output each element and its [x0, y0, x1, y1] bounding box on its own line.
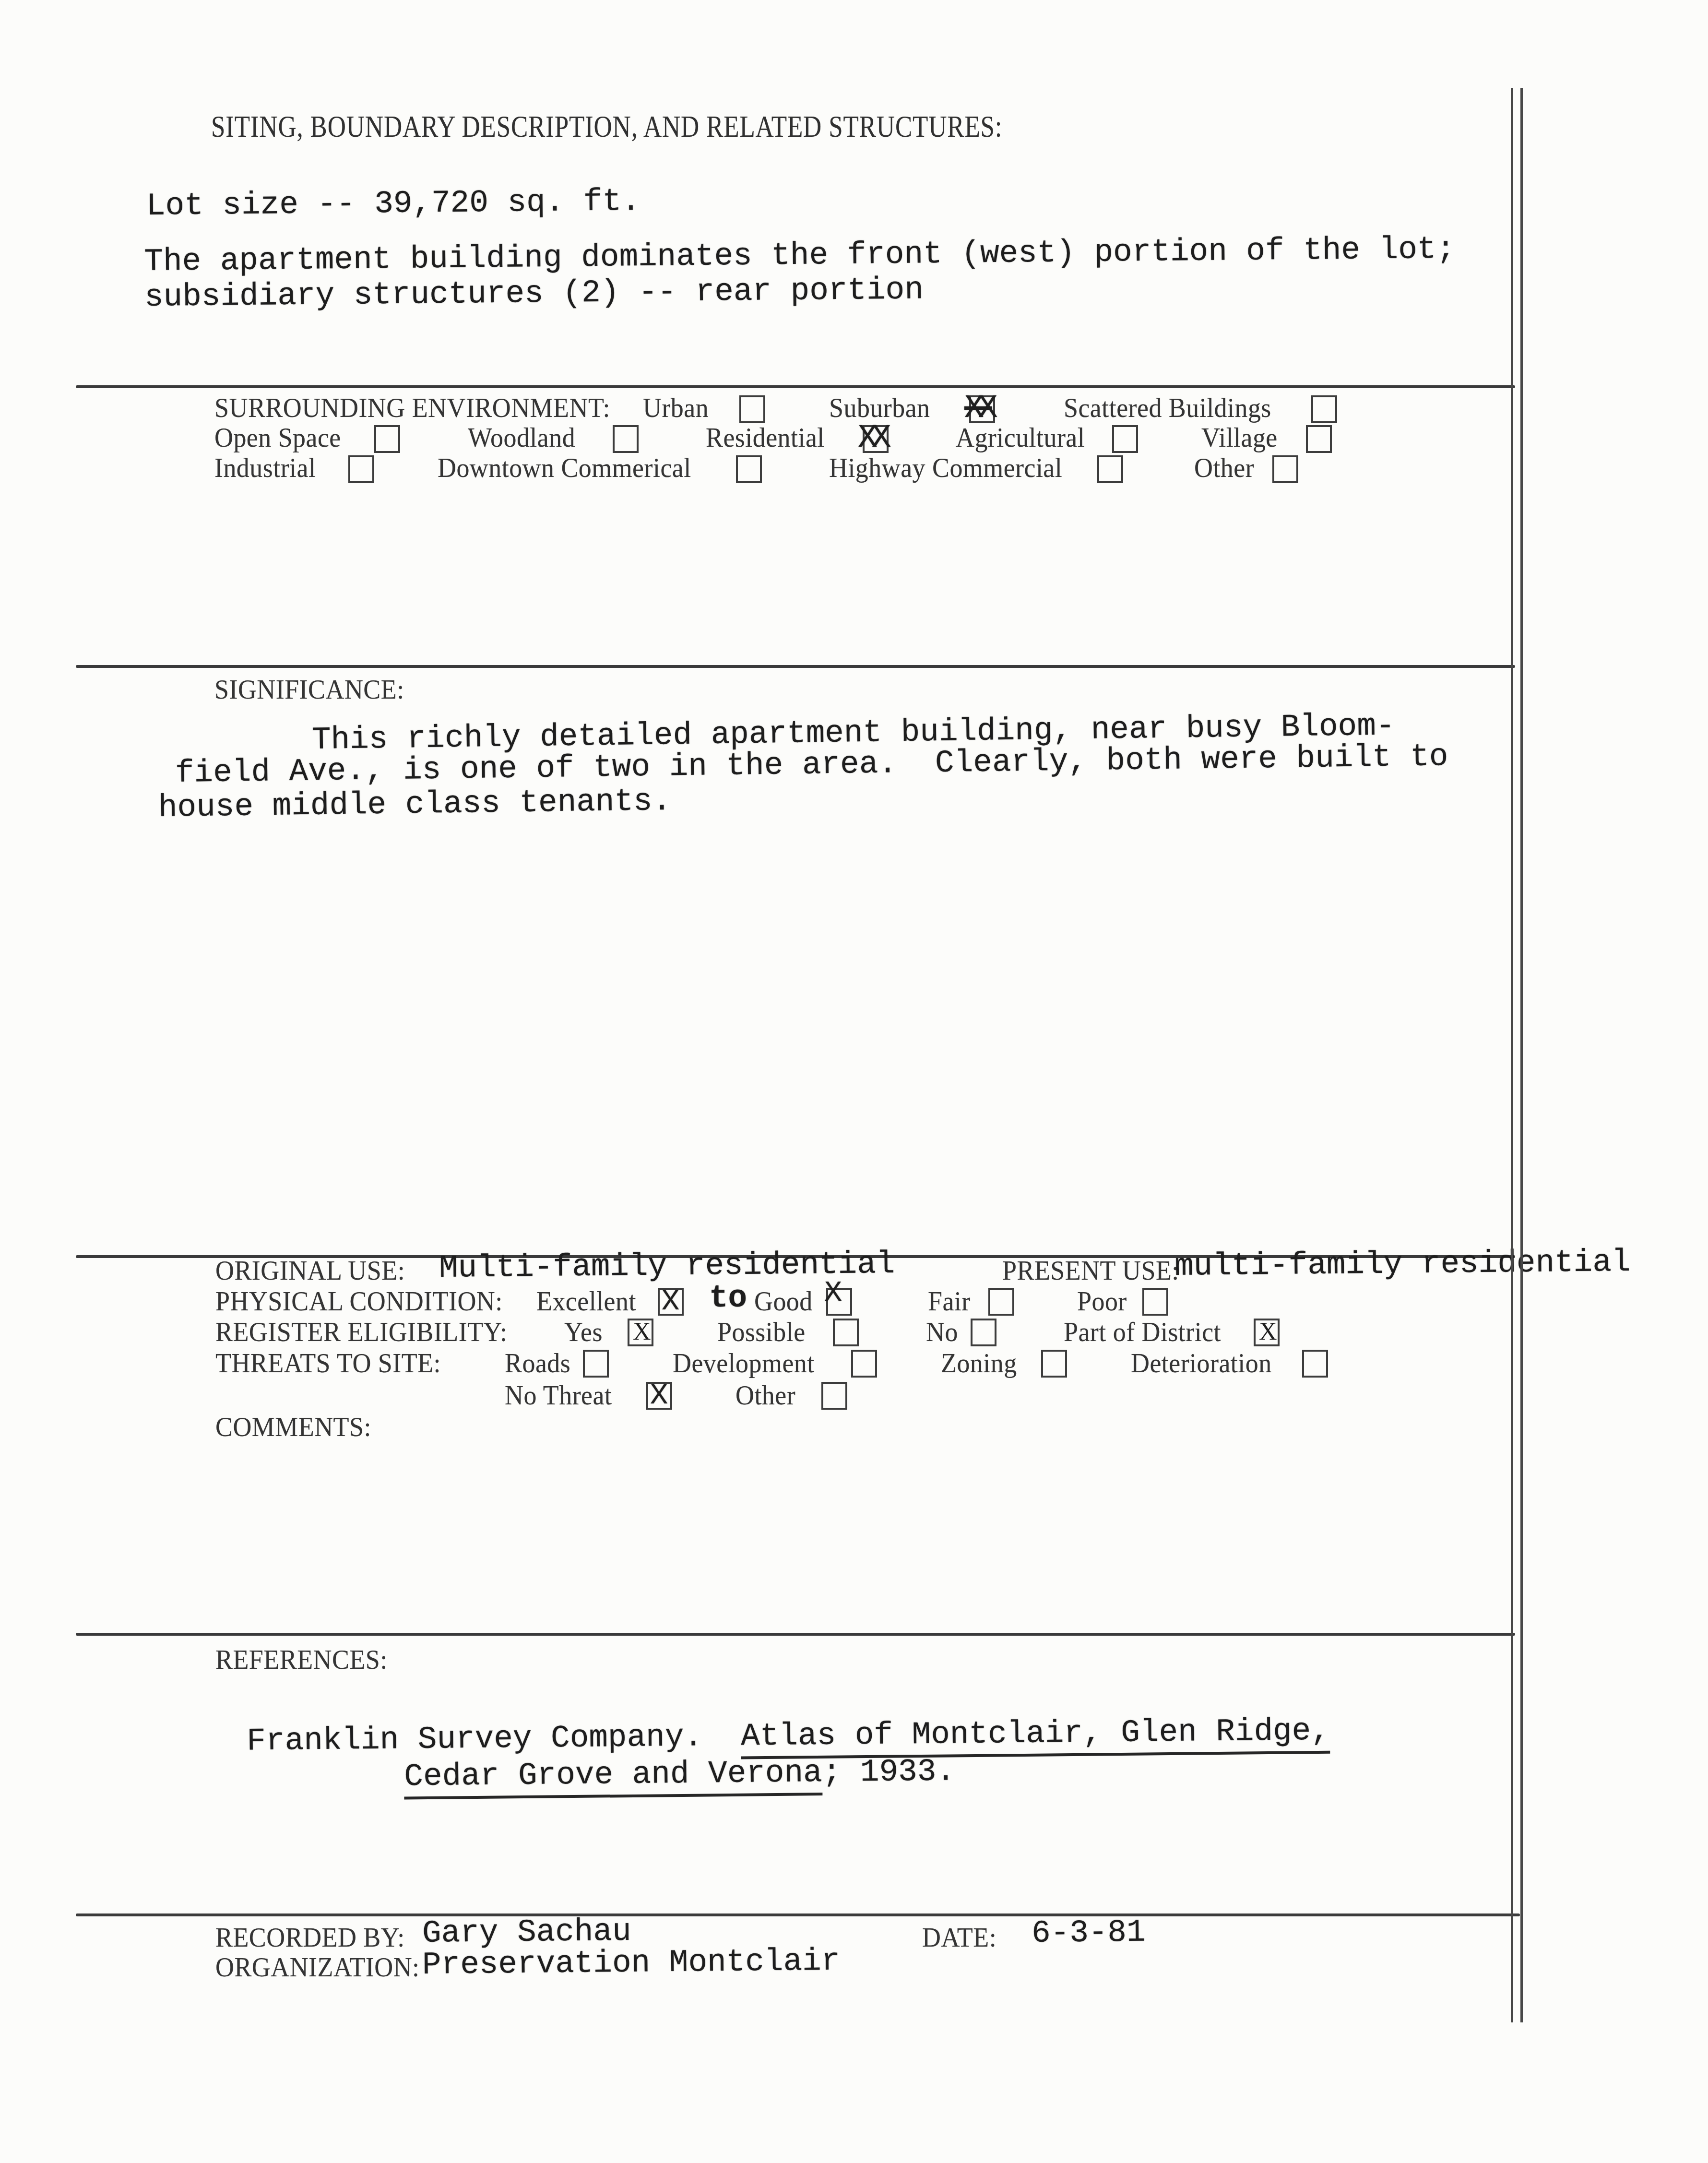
environment-other-label: Other	[1194, 452, 1254, 484]
open-space-checkbox[interactable]	[374, 425, 400, 453]
industrial-checkbox[interactable]	[348, 455, 374, 483]
scanned-survey-form-page: SITING, BOUNDARY DESCRIPTION, AND RELATE…	[0, 0, 1708, 2163]
no-threat-label: No Threat	[505, 1379, 612, 1411]
threat-other-checkbox[interactable]	[821, 1382, 847, 1410]
part-of-district-checkbox[interactable]: X	[1254, 1319, 1280, 1346]
date-label: DATE:	[922, 1921, 996, 1953]
deterioration-label: Deterioration	[1131, 1347, 1272, 1379]
deterioration-checkbox[interactable]	[1302, 1350, 1328, 1378]
reference-year: ; 1933.	[822, 1753, 955, 1791]
threat-other-label: Other	[735, 1379, 795, 1411]
lot-size-text: Lot size -- 39,720 sq. ft.	[146, 183, 640, 224]
check-mark: XX	[858, 422, 886, 455]
fair-checkbox[interactable]	[988, 1288, 1014, 1316]
agricultural-checkbox[interactable]	[1112, 425, 1138, 453]
environment-other-checkbox[interactable]	[1272, 455, 1298, 483]
development-checkbox[interactable]	[851, 1350, 877, 1378]
good-checkbox[interactable]: X	[826, 1288, 852, 1316]
original-use-label: ORIGINAL USE:	[215, 1254, 405, 1286]
scattered-buildings-label: Scattered Buildings	[1064, 392, 1271, 424]
check-mark: X	[1259, 1319, 1277, 1344]
fair-label: Fair	[928, 1285, 971, 1317]
excellent-checkbox[interactable]: X	[658, 1288, 684, 1316]
recorded-by-label: RECORDED BY:	[215, 1921, 405, 1953]
present-use-value: multi-family residential	[1174, 1244, 1631, 1284]
reference-title-part2: Cedar Grove and Verona	[404, 1755, 822, 1799]
section-divider-5	[76, 1913, 1520, 1916]
page-edge-double-rule	[1511, 88, 1523, 2022]
surrounding-environment-row-3: Industrial Downtown Commerical Highway C…	[0, 452, 1708, 496]
no-threat-checkbox[interactable]: X	[646, 1382, 672, 1410]
surrounding-environment-label: SURROUNDING ENVIRONMENT:	[214, 392, 610, 424]
woodland-checkbox[interactable]	[613, 425, 639, 453]
residential-label: Residential	[706, 421, 825, 453]
urban-checkbox[interactable]	[739, 395, 765, 423]
reference-line2: Cedar Grove and Verona; 1933.	[328, 1717, 956, 1831]
no-checkbox[interactable]	[971, 1319, 996, 1346]
possible-label: Possible	[717, 1316, 806, 1348]
development-label: Development	[673, 1347, 815, 1379]
part-of-district-label: Part of District	[1064, 1316, 1221, 1348]
siting-description-line1: The apartment building dominates the fro…	[144, 231, 1455, 280]
significance-line3: house middle class tenants.	[158, 783, 672, 826]
section-divider-1	[76, 385, 1515, 388]
downtown-commercial-label: Downtown Commerical	[438, 452, 691, 484]
organization-label: ORGANIZATION:	[215, 1951, 420, 1983]
good-label: Good	[754, 1285, 813, 1317]
zoning-label: Zoning	[941, 1347, 1017, 1379]
suburban-checkbox[interactable]: XX	[969, 395, 995, 423]
organization-row: ORGANIZATION: Preservation Montclair	[0, 1951, 1708, 1995]
yes-label: Yes	[564, 1316, 603, 1348]
present-use-label: PRESENT USE:	[1002, 1254, 1179, 1286]
check-mark: X	[633, 1319, 651, 1344]
comments-label: COMMENTS:	[215, 1411, 371, 1443]
section-divider-2	[76, 665, 1515, 668]
significance-label: SIGNIFICANCE:	[214, 673, 404, 705]
siting-description-line2: subsidiary structures (2) -- rear portio…	[144, 272, 924, 315]
register-eligibility-label: REGISTER ELIGIBILITY:	[215, 1316, 508, 1348]
physical-condition-label: PHYSICAL CONDITION:	[215, 1285, 503, 1317]
zoning-checkbox[interactable]	[1041, 1350, 1067, 1378]
open-space-label: Open Space	[214, 421, 341, 453]
check-mark: X	[824, 1278, 842, 1308]
village-checkbox[interactable]	[1306, 425, 1332, 453]
residential-checkbox[interactable]: XX	[863, 425, 889, 453]
threats-to-site-label: THREATS TO SITE:	[215, 1347, 441, 1379]
downtown-commercial-checkbox[interactable]	[736, 455, 762, 483]
references-label: REFERENCES:	[215, 1643, 388, 1676]
industrial-label: Industrial	[214, 452, 316, 484]
check-mark: X	[650, 1381, 668, 1411]
yes-checkbox[interactable]: X	[628, 1319, 653, 1346]
date-value: 6-3-81	[1032, 1914, 1146, 1951]
section-divider-4	[76, 1633, 1515, 1636]
excellent-label: Excellent	[536, 1285, 636, 1317]
check-mark: XX	[964, 392, 992, 425]
woodland-label: Woodland	[468, 421, 575, 453]
roads-checkbox[interactable]	[583, 1350, 609, 1378]
agricultural-label: Agricultural	[956, 421, 1085, 453]
no-label: No	[926, 1316, 958, 1348]
poor-label: Poor	[1077, 1285, 1127, 1317]
organization-value: Preservation Montclair	[422, 1943, 841, 1983]
check-mark: X	[662, 1287, 679, 1317]
poor-checkbox[interactable]	[1142, 1288, 1168, 1316]
condition-to-text: to	[709, 1280, 747, 1316]
scattered-buildings-checkbox[interactable]	[1311, 395, 1337, 423]
urban-label: Urban	[643, 392, 709, 424]
suburban-label: Suburban	[829, 392, 930, 424]
siting-section-header: SITING, BOUNDARY DESCRIPTION, AND RELATE…	[211, 109, 1002, 144]
highway-commercial-checkbox[interactable]	[1097, 455, 1123, 483]
highway-commercial-label: Highway Commercial	[829, 452, 1062, 484]
possible-checkbox[interactable]	[833, 1319, 859, 1346]
village-label: Village	[1201, 421, 1278, 453]
roads-label: Roads	[505, 1347, 570, 1379]
